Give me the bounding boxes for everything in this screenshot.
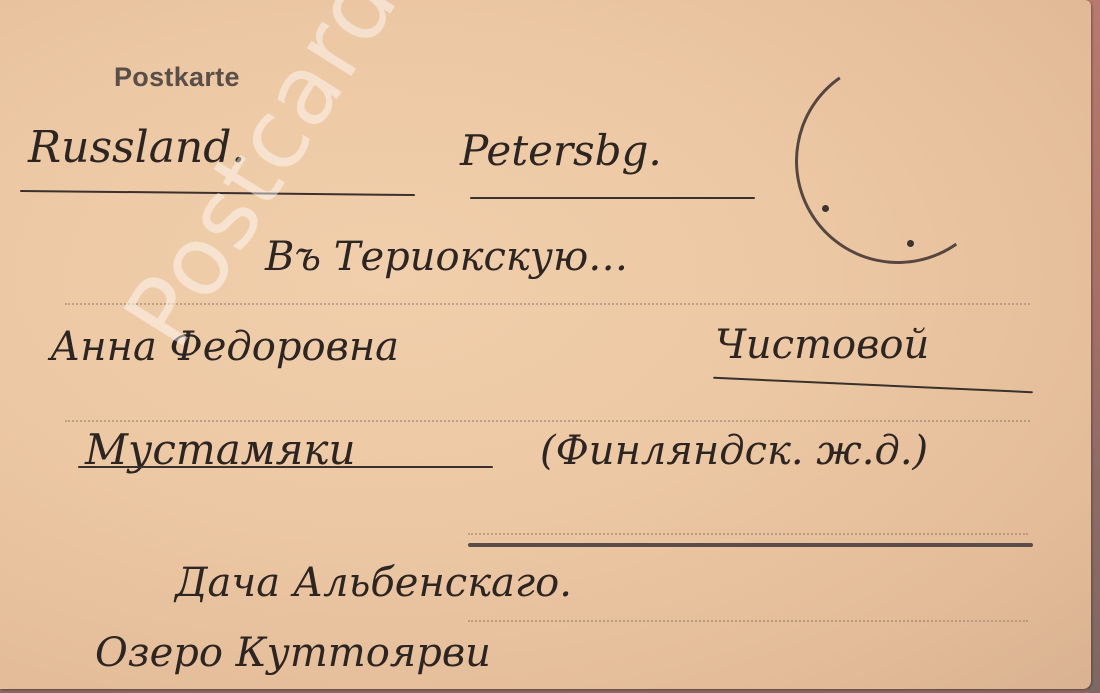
postmark-dot xyxy=(822,205,829,212)
postmark-dot xyxy=(907,240,914,247)
postmark-stamp xyxy=(779,42,1018,281)
underline-surname xyxy=(713,377,1033,394)
handwriting-lake: Озеро Куттоярви xyxy=(95,630,491,676)
printed-title: Postkarte xyxy=(114,62,240,93)
underline-city xyxy=(470,197,755,199)
handwriting-line2: Въ Териокскую… xyxy=(265,234,628,280)
watermark: Postcardhistory xyxy=(103,0,599,366)
handwriting-dacha: Дача Альбенскаго. xyxy=(175,560,572,606)
printed-solid-line xyxy=(468,543,1033,547)
handwriting-city: Petersbg. xyxy=(460,126,662,175)
handwriting-name: Анна Федоровна xyxy=(50,324,399,370)
postcard: Postkarte Russland. Petersbg. Въ Териокс… xyxy=(0,0,1091,689)
address-line-2 xyxy=(65,420,1030,422)
handwriting-railway: (Финляндск. ж.д.) xyxy=(540,428,928,474)
underline-place xyxy=(78,466,493,468)
handwriting-surname: Чистовой xyxy=(715,322,929,368)
address-line-3 xyxy=(468,533,1028,535)
address-line-4 xyxy=(468,620,1028,622)
